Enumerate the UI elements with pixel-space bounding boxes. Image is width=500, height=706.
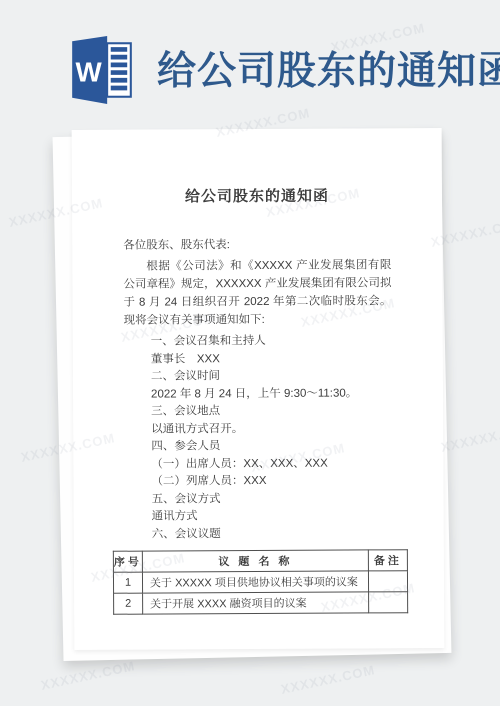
banner-title: 给公司股东的通知函 — [157, 40, 487, 96]
notice-item: 四、参会人员 — [124, 437, 392, 456]
document-body: 各位股东、股东代表: 根据《公司法》和《XXXXX 产业发展集团有限公司章程》规… — [123, 235, 393, 543]
agenda-cell-note — [368, 571, 407, 592]
banner: W 给公司股东的通知函 — [0, 0, 500, 130]
notice-item: 以通讯方式召开。 — [124, 420, 392, 439]
agenda-cell-no: 2 — [114, 593, 143, 614]
notice-item: 二、会议时间 — [124, 367, 392, 386]
word-icon: W — [70, 34, 134, 106]
agenda-cell-topic: 关于开展 XXXX 融资项目的议案 — [143, 592, 369, 614]
agenda-cell-note — [369, 592, 408, 613]
paper-sheet: 给公司股东的通知函 各位股东、股东代表: 根据《公司法》和《XXXXX 产业发展… — [72, 128, 445, 650]
notice-item: 三、会议地点 — [124, 402, 392, 421]
agenda-header-topic: 议 题 名 称 — [142, 550, 368, 572]
notice-items: 一、会议召集和主持人 董事长 XXX 二、会议时间 2022 年 8 月 24 … — [124, 332, 393, 543]
notice-item: （一）出席人员：XX、XXX、XXX — [124, 455, 392, 474]
agenda-table: 序号 议 题 名 称 备注 1 关于 XXXXX 项目供地协议相关事项的议案 2… — [113, 549, 408, 615]
agenda-header-row: 序号 议 题 名 称 备注 — [113, 550, 407, 573]
agenda-cell-topic: 关于 XXXXX 项目供地协议相关事项的议案 — [142, 571, 368, 593]
notice-item: 通讯方式 — [125, 507, 393, 526]
agenda-header-note: 备注 — [368, 550, 407, 571]
word-icon-letter: W — [76, 56, 103, 87]
agenda-cell-no: 1 — [113, 572, 142, 593]
table-row: 2 关于开展 XXXX 融资项目的议案 — [114, 592, 408, 615]
watermark-text: XXXXXX.COM — [39, 658, 136, 693]
notice-item: 2022 年 8 月 24 日，上午 9:30～11:30。 — [124, 385, 392, 404]
notice-item: 董事长 XXX — [124, 350, 392, 369]
notice-item: 一、会议召集和主持人 — [124, 332, 392, 351]
intro-paragraph: 根据《公司法》和《XXXXX 产业发展集团有限公司章程》规定，XXXXXX 产业… — [123, 256, 391, 329]
watermark-text: XXXXXX.COM — [279, 662, 376, 697]
notice-item: 五、会议方式 — [125, 490, 393, 509]
notice-item: （二）列席人员：XXX — [124, 472, 392, 491]
table-row: 1 关于 XXXXX 项目供地协议相关事项的议案 — [113, 571, 407, 594]
watermark-text: XXXXXX.COM — [439, 420, 500, 455]
page: W 给公司股东的通知函 给公司股东的通知函 各位股东、股东代表: 根据《公司法》… — [0, 0, 500, 706]
salutation: 各位股东、股东代表: — [123, 235, 391, 254]
agenda-header-no: 序号 — [113, 551, 142, 572]
document-title: 给公司股东的通知函 — [72, 184, 442, 207]
notice-item: 六、会议议题 — [125, 525, 393, 544]
